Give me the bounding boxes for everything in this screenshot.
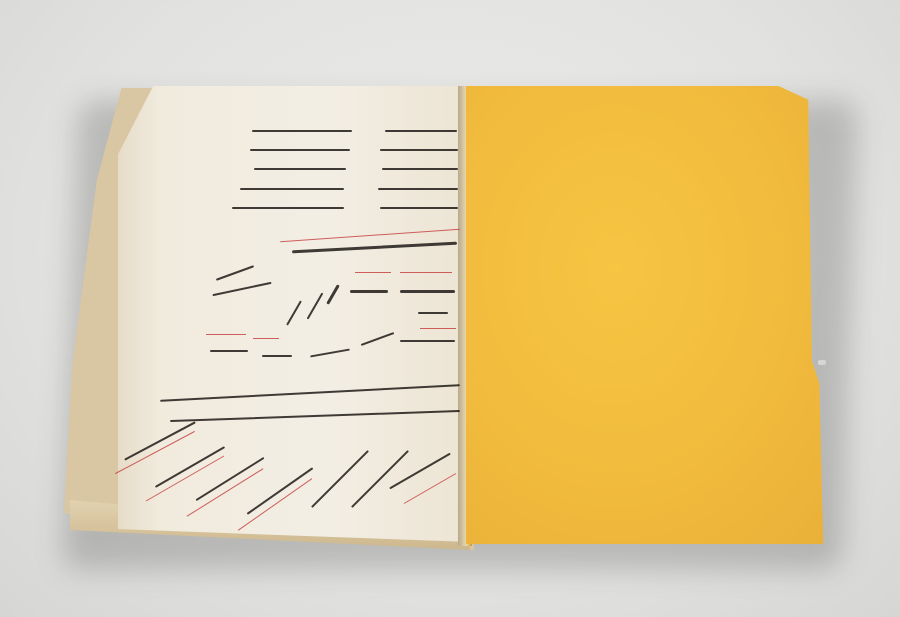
manuscript-photo: مخلفات رسول الله صلى الله عليه وسلم Blan… (0, 0, 900, 617)
page-tear (818, 360, 826, 365)
right-page-yellow-endpaper (466, 86, 838, 544)
